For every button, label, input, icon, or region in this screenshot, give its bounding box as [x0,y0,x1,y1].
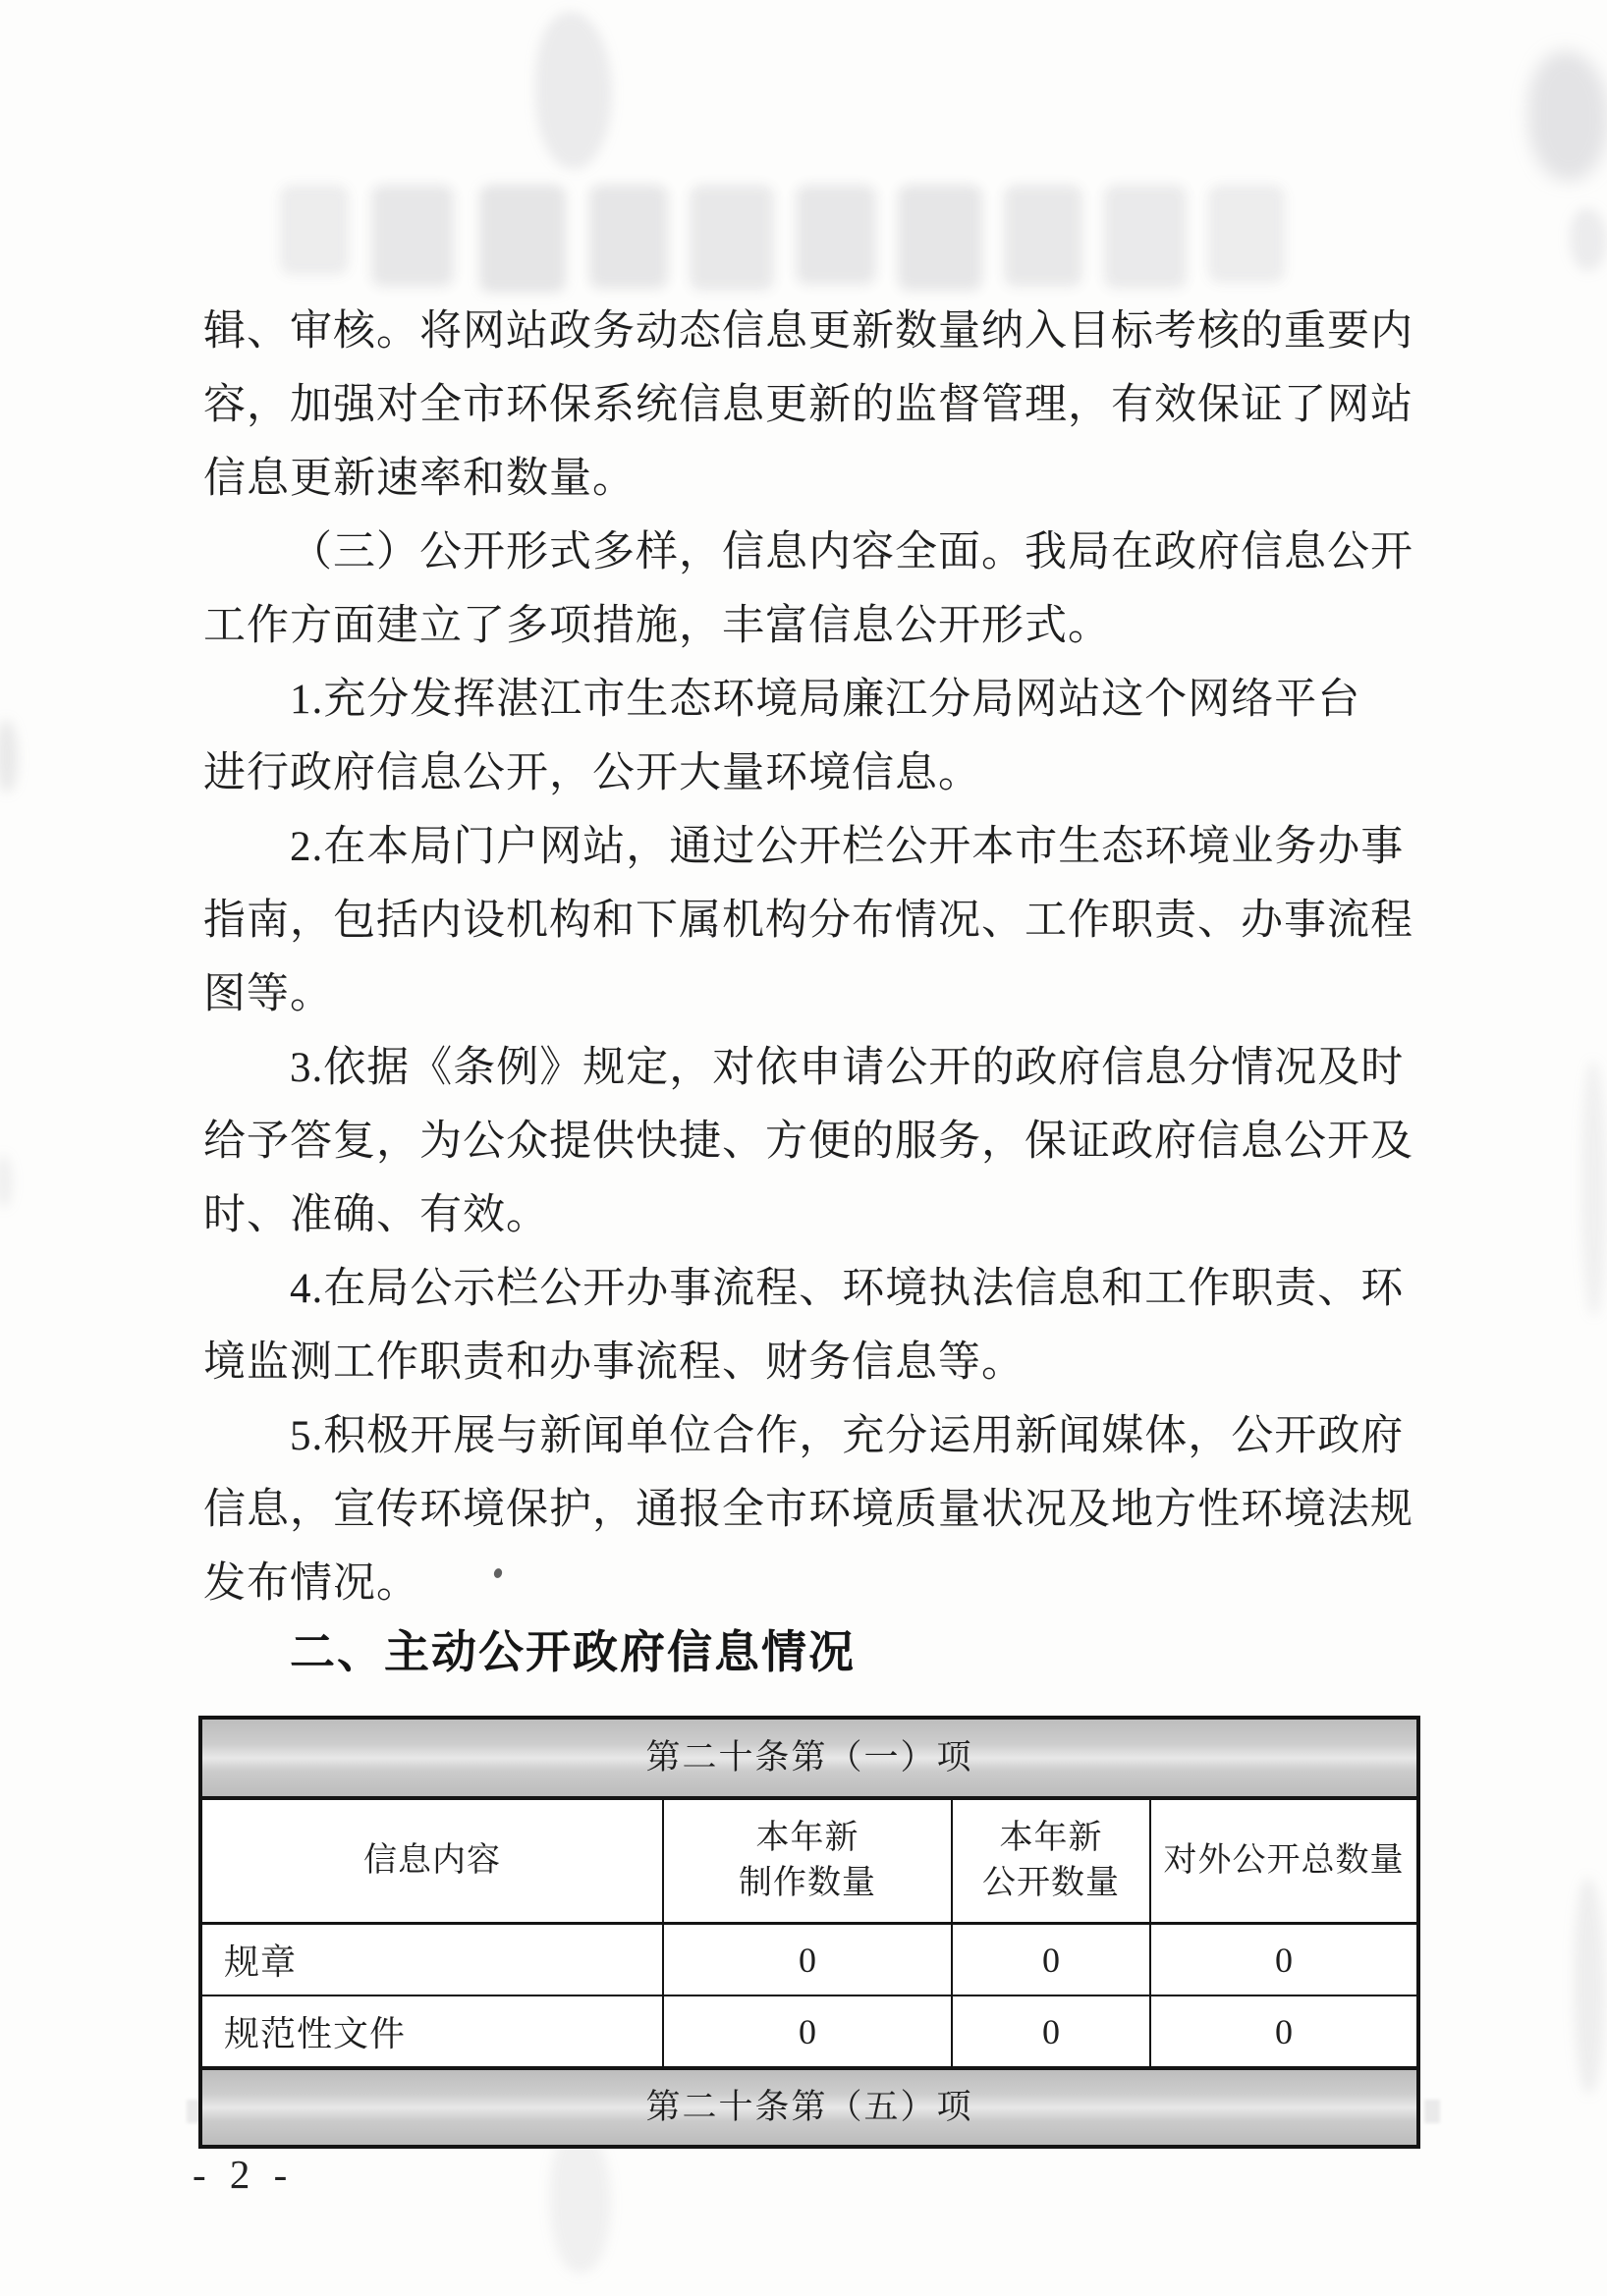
body-line: 5.积极开展与新闻单位合作，充分运用新闻媒体，公开政府 [203,1399,1431,1473]
scan-smudge [0,1155,12,1208]
ghost-title-bleedthrough [0,185,1607,301]
table-header-row: 信息内容 本年新 制作数量 本年新 公开数量 对外公开总数量 [202,1800,1416,1925]
body-line: （三）公开形式多样，信息内容全面。我局在政府信息公开 [203,516,1431,589]
row-label: 规章 [202,1925,662,1995]
scan-smudge [0,720,18,793]
scan-smudge [1574,1878,1605,2094]
scanned-document-page: 辑、审核。将网站政务动态信息更新数量纳入目标考核的重要内 容，加强对全市环保系统… [0,0,1607,2296]
scan-smudge [535,12,612,169]
section-heading: 二、主动公开政府信息情况 [290,1622,856,1681]
column-header-label: 本年新 [756,1816,859,1861]
body-line: 进行政府信息公开，公开大量环境信息。 [203,737,1431,810]
scan-smudge [1570,208,1607,271]
body-text: 辑、审核。将网站政务动态信息更新数量纳入目标考核的重要内 容，加强对全市环保系统… [203,295,1431,1620]
row-label: 规范性文件 [202,1996,662,2066]
body-line: 2.在本局门户网站，通过公开栏公开本市生态环境业务办事 [203,810,1431,884]
body-line: 工作方面建立了多项措施，丰富信息公开形式。 [203,589,1431,663]
table-row: 规范性文件 0 0 0 [202,1996,1416,2066]
table-caption-top: 第二十条第（一）项 [202,1720,1416,1800]
cell-value: 0 [951,1996,1149,2066]
body-line: 指南，包括内设机构和下属机构分布情况、工作职责、办事流程 [203,884,1431,957]
cell-value: 0 [662,1996,951,2066]
body-line: 容，加强对全市环保系统信息更新的监督管理，有效保证了网站 [203,368,1431,442]
column-header-label: 信息内容 [363,1838,501,1884]
table-caption-bottom: 第二十条第（五）项 [202,2066,1416,2145]
column-header-label: 对外公开总数量 [1164,1838,1405,1884]
column-header-new-published: 本年新 公开数量 [951,1800,1149,1922]
column-header-new-made: 本年新 制作数量 [662,1800,951,1922]
body-line: 1.充分发挥湛江市生态环境局廉江分局网站这个网络平台 [203,663,1431,737]
body-line: 给予答复，为公众提供快捷、方便的服务，保证政府信息公开及 [203,1105,1431,1178]
body-line: 图等。 [203,957,1431,1031]
column-header-total-public: 对外公开总数量 [1149,1800,1416,1922]
column-header-label: 本年新 [1000,1816,1103,1861]
cell-value: 0 [662,1925,951,1995]
scan-smudge [1581,1061,1607,1316]
cell-value: 0 [1149,1996,1416,2066]
column-header-info-content: 信息内容 [202,1800,662,1922]
body-line: 3.依据《条例》规定，对依申请公开的政府信息分情况及时 [203,1031,1431,1105]
column-header-label: 制作数量 [739,1861,876,1906]
body-line: 发布情况。 [203,1547,1431,1620]
scan-smudge [1528,51,1607,181]
body-line: 时、准确、有效。 [203,1178,1431,1252]
page-number: - 2 - [193,2151,294,2198]
cell-value: 0 [951,1925,1149,1995]
body-line: 境监测工作职责和办事流程、财务信息等。 [203,1326,1431,1399]
table-row: 规章 0 0 0 [202,1925,1416,1996]
body-line: 4.在局公示栏公开办事流程、环境执法信息和工作职责、环 [203,1252,1431,1326]
body-line: 信息更新速率和数量。 [203,442,1431,516]
body-line: 信息，宣传环境保护，通报全市环境质量状况及地方性环境法规 [203,1473,1431,1547]
column-header-label: 公开数量 [982,1861,1120,1906]
cell-value: 0 [1149,1925,1416,1995]
body-line: 辑、审核。将网站政务动态信息更新数量纳入目标考核的重要内 [203,295,1431,368]
info-table: 第二十条第（一）项 信息内容 本年新 制作数量 本年新 公开数量 对外公开总数量… [198,1716,1420,2149]
